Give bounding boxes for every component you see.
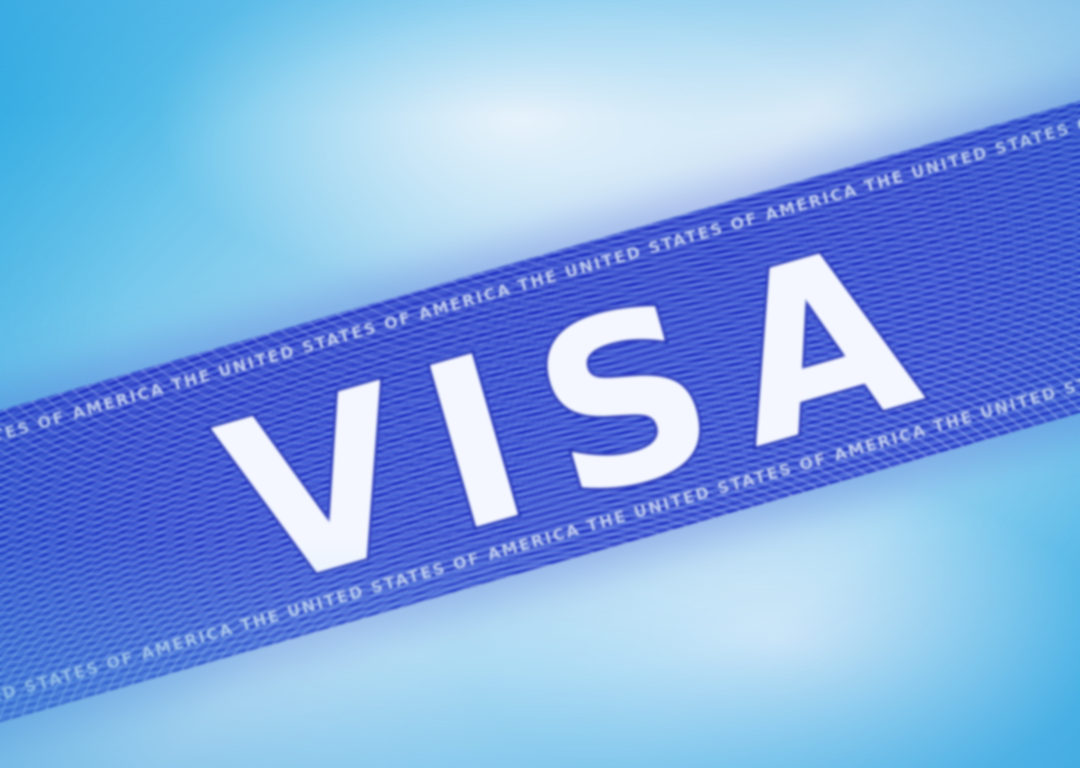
visa-word: VISA	[0, 111, 1080, 718]
visa-photo: UNITED STATES OF AMERICA THE UNITED STAT…	[0, 0, 1080, 768]
guilloche-band: UNITED STATES OF AMERICA THE UNITED STAT…	[0, 63, 1080, 737]
